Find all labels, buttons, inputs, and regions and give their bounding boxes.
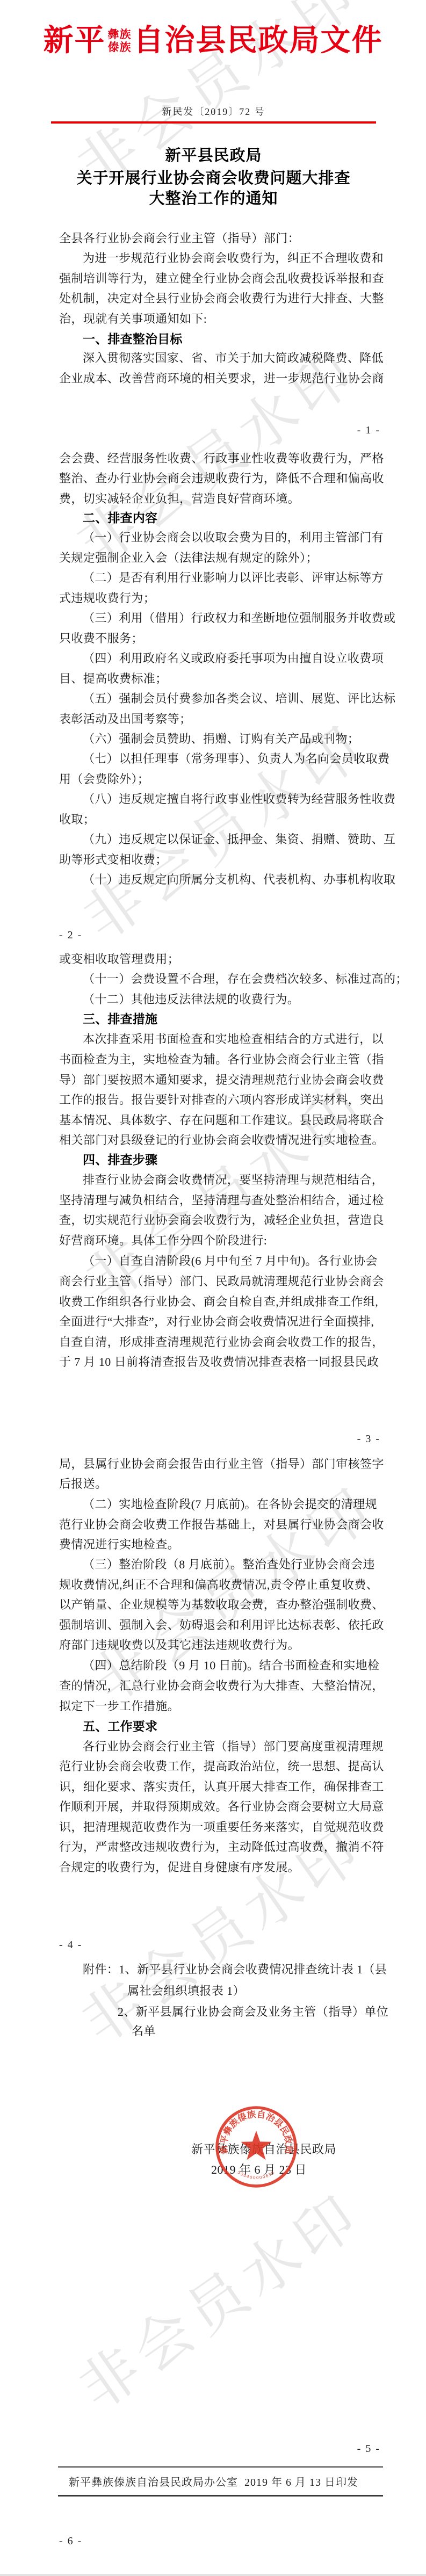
body-line: （五）强制会员付费参加各类会议、培训、展览、评比达标	[83, 693, 395, 705]
body-line: 治，现就有关事项通知如下:	[59, 313, 207, 325]
body-line: 合规定的收费行为，促进自身健康有序发展。	[59, 1862, 300, 1873]
body-line: 好营商环境。具体工作分四个阶段进行:	[59, 1235, 267, 1247]
document-title-line-2: 关于开展行业协会商会收费问题大排查	[51, 171, 376, 186]
section-heading: 二、排查内容	[83, 512, 157, 524]
body-line: （八）违反规定擅自将行政事业性收费转为经营服务性收费	[83, 793, 395, 805]
body-line: 收费工作组织各行业协会、商会自检自查,并组成排查工作组,	[59, 1296, 378, 1308]
document-page: 非会员水印非会员水印非会员水印非会员水印非会员水印非会员水印非会员水印 新平 彝…	[0, 0, 426, 2576]
body-line: 查的情况，汇总行业协会商会收费行为大排查、大整治情况，	[59, 1680, 384, 1692]
page-marker: - 1 -	[357, 425, 380, 436]
body-line: 各行业协会商会行业主管（指导）部门要高度重视清理规	[83, 1741, 384, 1753]
watermark-text: 非会员水印	[60, 2169, 376, 2426]
body-line: 本次排查采用书面检查和实地检查相结合的方式进行，以	[83, 1033, 384, 1045]
page-marker: - 6 -	[59, 2536, 82, 2546]
body-line: （二）实地检查阶段(7 月底前)。在各协会提交的清理规	[83, 1499, 377, 1510]
official-seal: 新平彝族傣族自治县民政局 530400000635	[213, 2104, 299, 2190]
body-line: 识，细化要求、落实责任，认真开展大排查工作，确保排查工	[59, 1781, 384, 1793]
body-line: 企业成本、改善营商环境的相关要求，进一步规范行业协会商	[59, 373, 384, 385]
letterhead-ethnic-top: 彝族	[108, 28, 132, 41]
letterhead-org-prefix: 新平	[44, 26, 106, 56]
body-line: 排查行业协会商会收费情况，要坚持清理与规范相结合，	[83, 1174, 384, 1186]
document-title-line-3: 大整治工作的通知	[51, 191, 376, 207]
body-line: 书面检查为主，实地检查为辅。各行业协会商会行业主管（指	[59, 1054, 384, 1066]
body-line: 范行业协会商会收费工作，提高政治站位，统一思想、提高认	[59, 1761, 384, 1772]
body-line: 局，县属行业协会商会报告由行业主管（指导）部门审核签字	[59, 1458, 384, 1470]
footer-office: 新平彝族傣族自治县民政局办公室	[69, 2477, 238, 2488]
body-line: （一）自查自清阶段(6 月中旬至 7 月中旬)。各行业协会	[83, 1255, 378, 1267]
letterhead-ethnic-stack: 彝族 傣族	[108, 28, 132, 54]
doc-number: 新民发〔2019〕72 号	[51, 104, 376, 118]
body-line: 作顺利开展，并取得预期成效。各行业协会商会要树立大局意	[59, 1801, 384, 1813]
body-line: 附件：1、新平县行业协会商会收费情况排查统计表 1（县	[83, 1964, 387, 1976]
body-line: （十一）会费设置不合理，存在会费档次较多、标准过高的；	[83, 973, 408, 985]
body-line: 关规定强制企业入会（法律法规有规定的除外）；	[59, 552, 318, 564]
page-marker: - 4 -	[59, 1940, 82, 1950]
body-line: 自查自清，形成排查清理规范行业协会商会收费工作的报告，	[59, 1336, 384, 1348]
document-title-line-1: 新平县民政局	[51, 148, 376, 164]
section-heading: 一、排查整治目标	[83, 333, 183, 345]
body-line: 用（会费除外）；	[59, 773, 149, 785]
body-line: 于 7 月 10 日前将清查报告及收费情况排查表格一同报县民政	[59, 1356, 379, 1368]
body-line: 助等形式变相收费；	[59, 854, 168, 866]
letterhead-ethnic-bottom: 傣族	[108, 41, 132, 54]
seal-code-text: 530400000635	[237, 2170, 276, 2180]
seal-star-icon	[241, 2131, 271, 2160]
section-heading: 五、工作要求	[83, 1720, 157, 1733]
body-line: 行为，严肃整改违规收费行为，主动降低过高收费，撤消不符	[59, 1841, 384, 1853]
body-line: （三）利用（借用）行政权力和垄断地位强制服务并收费或	[83, 612, 395, 624]
letterhead-org-suffix: 自治县民政局文件	[134, 26, 383, 56]
body-line: 全县各行业协会商会行业主管（指导）部门：	[59, 233, 300, 244]
body-line: 2、新平县属行业协会商会及业务主管（指导）单位	[118, 2006, 388, 2018]
body-line: 规收费情况,纠正不合理和偏高收费情况,责令停止重复收费、	[59, 1579, 378, 1591]
red-separator-line	[51, 121, 376, 124]
body-line: 坚持清理与减负相结合，坚持清理与查处整治相结合，通过检	[59, 1195, 384, 1206]
footer-rule-top	[58, 2466, 383, 2468]
svg-text:530400000635: 530400000635	[237, 2170, 276, 2180]
body-line: 范行业协会商会收费工作报告基础上，对县属行业协会商会收	[59, 1519, 384, 1531]
page-bottom-edge	[0, 2574, 426, 2576]
body-line: 基本情况、具体数字、存在问题和工作建议。县民政局将联合	[59, 1115, 384, 1126]
body-line: 费情况进行实地检查。	[59, 1539, 179, 1551]
page-marker: - 3 -	[357, 1434, 380, 1444]
body-line: （十二）其他违反法律法规的收费行为。	[83, 994, 299, 1005]
body-line: 强制培训等行为，建立健全行业协会商会乱收费投诉举报和查	[59, 273, 384, 285]
body-line: 名单	[132, 2025, 156, 2037]
section-heading: 四、排查步骤	[83, 1154, 157, 1166]
body-line: 识，把清理规范收费作为一项重要任务来落实，自觉规范收费	[59, 1821, 384, 1833]
footer-print-date: 2019 年 6 月 13 日印发	[244, 2477, 358, 2488]
body-line: 会会费、经营服务性收费、行政事业性收费等收费行为，严格	[59, 453, 384, 465]
body-line: 只收费不服务；	[59, 633, 143, 645]
body-line: 收取；	[59, 814, 95, 826]
body-line: （三）整治阶段（8 月底前）。整治查处行业协会商会违	[83, 1559, 375, 1571]
body-line: 深入贯彻落实国家、省、市关于加大简政减税降费、降低	[83, 352, 384, 364]
body-line: 查，切实规范行业协会商会收费行为，减轻企业负担，营造良	[59, 1214, 384, 1226]
body-line: 表彰活动及出国考察等；	[59, 713, 191, 725]
body-line: （七）以担任理事（常务理事）、负责人为名向会员收取费	[83, 753, 389, 765]
body-line: 强制培训、强制入会、妨碍退会和利用评比达标表彰、依托政	[59, 1619, 384, 1631]
letterhead: 新平 彝族 傣族 自治县民政局文件	[0, 26, 426, 56]
body-line: 工作的报告。报告要针对排查的六项内容形成详实材料，突出	[59, 1094, 384, 1106]
body-line: 费，切实减轻企业负担，营造良好营商环境。	[59, 493, 300, 505]
body-line: 相关部门对县级登记的行业协会商会收费情况进行实地检查。	[59, 1134, 384, 1146]
body-line: （六）强制会员赞助、捐赠、订购有关产品或刊物；	[83, 733, 359, 745]
body-line: 式违规收费行为；	[59, 592, 155, 604]
page-marker: - 2 -	[59, 930, 82, 940]
body-line: 整治、查办行业协会商会违规收费行为，降低不合理和偏高收	[59, 473, 384, 484]
body-line: 商会行业主管（指导）部门、民政局就清理规范行业协会商会	[59, 1276, 384, 1287]
body-line: （四）利用政府名义或政府委托事项为由擅自设立收费项	[83, 653, 384, 664]
body-line: （十）违反规定向所属分支机构、代表机构、办事机构收取	[83, 874, 395, 886]
body-line: 处机制，决定对全县行业协会商会收费行为进行大排查、大整	[59, 293, 384, 305]
body-line: （四）总结阶段（9 月 10 日前)。结合书面检查和实地检	[83, 1660, 379, 1671]
body-line: 属社会组织填报表 1）	[127, 1985, 245, 1997]
body-line: 拟定下一步工作措施。	[59, 1701, 179, 1712]
body-line: 导）部门要按照本通知要求，提交清理规范行业协会商会收费	[59, 1074, 384, 1086]
body-line: 全面进行“大排查”，对行业协会商会收费情况进行全面摸排,	[59, 1316, 374, 1328]
body-line: （二）是否有利用行业影响力以评比表彰、评审达标等方	[83, 572, 384, 584]
section-heading: 三、排查措施	[83, 1013, 157, 1025]
body-line: （九）违反规定以保证金、抵押金、集资、捐赠、赞助、互	[83, 834, 395, 845]
body-line: 为进一步规范行业协会商会收费行为，纠正不合理收费和	[83, 252, 384, 264]
body-line: （一）行业协会商会以收取会费为目的，利用主管部门有	[83, 532, 384, 544]
body-line: 以产销量、企业规模等为基数收取会费，查办整治强制收费、	[59, 1599, 384, 1611]
footer-rule-bottom	[58, 2495, 383, 2497]
body-line: 府部门违规收费以及其它违法违规收费行为。	[59, 1639, 300, 1651]
page-marker: - 5 -	[357, 2443, 380, 2454]
body-line: 后报送。	[59, 1478, 107, 1490]
body-line: 或变相收取管理费用；	[59, 953, 179, 965]
body-line: 目、提高收费标准；	[59, 673, 168, 685]
